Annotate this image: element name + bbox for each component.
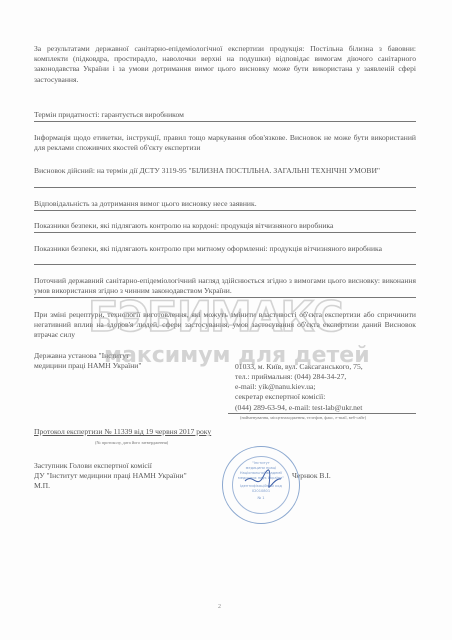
divider	[228, 413, 416, 414]
official-stamp: "Інститут медицини праці Національної ак…	[222, 446, 300, 524]
labeling-info-text: Інформація щодо етикетки, інструкції, пр…	[34, 133, 416, 153]
border-control-text: Показники безпеки, які підлягають контро…	[34, 221, 416, 231]
responsibility-text: Відповідальність за дотримання вимог цьо…	[34, 199, 416, 209]
protocol-text: Протокол експертизи № 11339 від 19 червн…	[34, 427, 264, 437]
divider	[34, 187, 416, 188]
protocol-caption: (№ протоколу, дата його затвердження)	[95, 440, 168, 445]
document-page: За результатами державної санітарно-епід…	[0, 0, 452, 640]
address-line: тел.: приймальня: (044) 284-34-27,	[235, 372, 346, 381]
address-line: (044) 289-63-94, e-mail: test-lab@ukr.ne…	[235, 403, 362, 412]
divider	[34, 264, 416, 265]
institution-line1: Державна установа "Інститут	[34, 351, 234, 361]
divider	[34, 297, 416, 298]
divider	[34, 210, 416, 211]
signature-icon	[223, 447, 299, 523]
intro-paragraph: За результатами державної санітарно-епід…	[34, 44, 416, 85]
divider	[34, 121, 416, 122]
address-line: 01033, м. Київ, вул. Саксаганського, 75,	[235, 362, 363, 371]
divider	[34, 232, 416, 233]
institution-line2: медицини праці НАМН України"	[34, 361, 234, 371]
address-line: e-mail: yik@nanu.kiev.ua;	[235, 382, 316, 391]
signer-name: Чернюк В.І.	[292, 471, 372, 481]
address-caption: (найменування, місцезнаходження, телефон…	[240, 415, 366, 420]
page-number: 2	[218, 604, 221, 610]
customs-control-text: Показники безпеки, які підлягають контро…	[34, 244, 416, 254]
address-line: секретар експертної комісії:	[235, 392, 325, 401]
changes-text: При зміні рецептури, технології виготовл…	[34, 310, 416, 341]
validity-text: Висновок дійсний: на термін дії ДСТУ 311…	[34, 166, 416, 176]
shelf-life-text: Термін придатності: гарантується виробни…	[34, 110, 416, 120]
supervision-text: Поточний державний санітарно-епідеміолог…	[34, 276, 416, 296]
